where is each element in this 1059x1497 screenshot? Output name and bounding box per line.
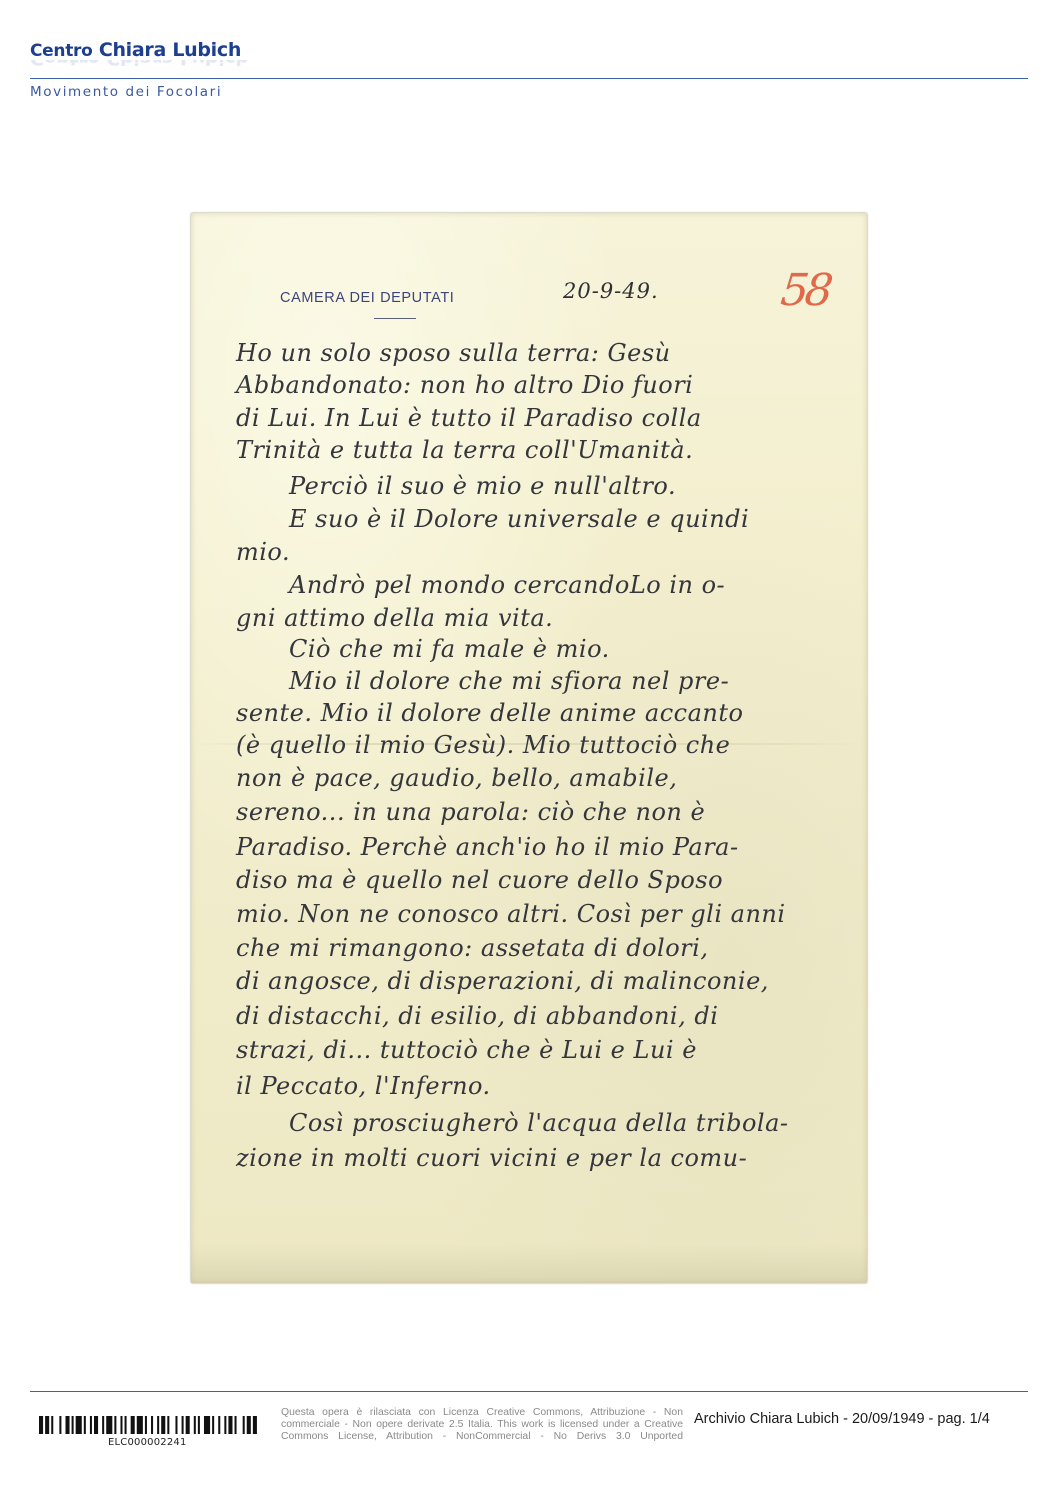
handwritten-line: E suo è il Dolore universale e quindi <box>289 504 749 534</box>
header-divider <box>30 78 1028 79</box>
paper-bottom-shade <box>191 1243 867 1283</box>
header-subtitle: Movimento dei Focolari <box>30 84 222 100</box>
logo-word-centro: Centro <box>30 41 93 61</box>
logo-reflection-first: Centro <box>30 60 100 69</box>
letter-date: 20-9-49. <box>563 279 659 303</box>
handwritten-line: Abbandonato: non ho altro Dio fuori <box>236 370 693 400</box>
barcode-id: ELC000002241 <box>108 1437 187 1448</box>
handwritten-line: mio. <box>236 537 290 567</box>
handwritten-line: Ciò che mi fa male è mio. <box>289 634 610 664</box>
handwritten-line: Trinità e tutta la terra coll'Umanità. <box>236 435 693 465</box>
handwritten-line: (è quello il mio Gesù). Mio tuttociò che <box>236 730 730 760</box>
handwritten-line: strazi, di... tuttociò che è Lui e Lui è <box>236 1035 697 1065</box>
handwritten-line: sereno... in una parola: ciò che non è <box>236 797 705 827</box>
barcode-bar <box>257 1416 261 1434</box>
logo-reflection-rest: Chiara Lubich <box>100 60 249 69</box>
handwritten-line: non è pace, gaudio, bello, amabile, <box>236 763 677 793</box>
handwritten-line: di Lui. In Lui è tutto il Paradiso colla <box>236 403 702 433</box>
handwritten-line: Andrò pel mondo cercandoLo in o- <box>289 570 725 600</box>
handwritten-line: Così prosciugherò l'acqua della tribola- <box>289 1108 789 1138</box>
letterhead-underline <box>374 318 416 319</box>
scanned-letter-page: CAMERA DEI DEPUTATI 20-9-49. 58 Ho un so… <box>191 213 867 1283</box>
handwritten-line: diso ma è quello nel cuore dello Sposo <box>236 865 723 895</box>
handwritten-line: sente. Mio il dolore delle anime accanto <box>236 698 743 728</box>
handwritten-line: Perciò il suo è mio e null'altro. <box>289 471 676 501</box>
license-notice: Questa opera è rilasciata con Licenza Cr… <box>281 1407 683 1443</box>
logo-word-chiara-lubich: Chiara Lubich <box>93 39 242 61</box>
handwritten-line: di angosce, di disperazioni, di malincon… <box>236 966 769 996</box>
footer-divider <box>30 1391 1028 1392</box>
handwritten-line: il Peccato, l'Inferno. <box>236 1071 491 1101</box>
handwritten-line: Mio il dolore che mi sfiora nel pre- <box>289 666 729 696</box>
archive-reference: Archivio Chiara Lubich - 20/09/1949 - pa… <box>694 1411 990 1427</box>
handwritten-line: zione in molti cuori vicini e per la com… <box>236 1143 747 1173</box>
logo-reflection: Centro Chiara Lubich <box>30 60 249 70</box>
letterhead: CAMERA DEI DEPUTATI <box>280 290 454 306</box>
handwritten-line: che mi rimangono: assetata di dolori, <box>236 933 708 963</box>
handwritten-line: gni attimo della mia vita. <box>236 603 553 633</box>
handwritten-line: di distacchi, di esilio, di abbandoni, d… <box>236 1001 718 1031</box>
handwritten-line: Ho un solo sposo sulla terra: Gesù <box>236 338 671 368</box>
handwritten-line: Paradiso. Perchè anch'io ho il mio Para- <box>236 832 739 862</box>
archive-number-annotation: 58 <box>778 265 831 316</box>
handwritten-line: mio. Non ne conosco altri. Così per gli … <box>236 899 786 929</box>
